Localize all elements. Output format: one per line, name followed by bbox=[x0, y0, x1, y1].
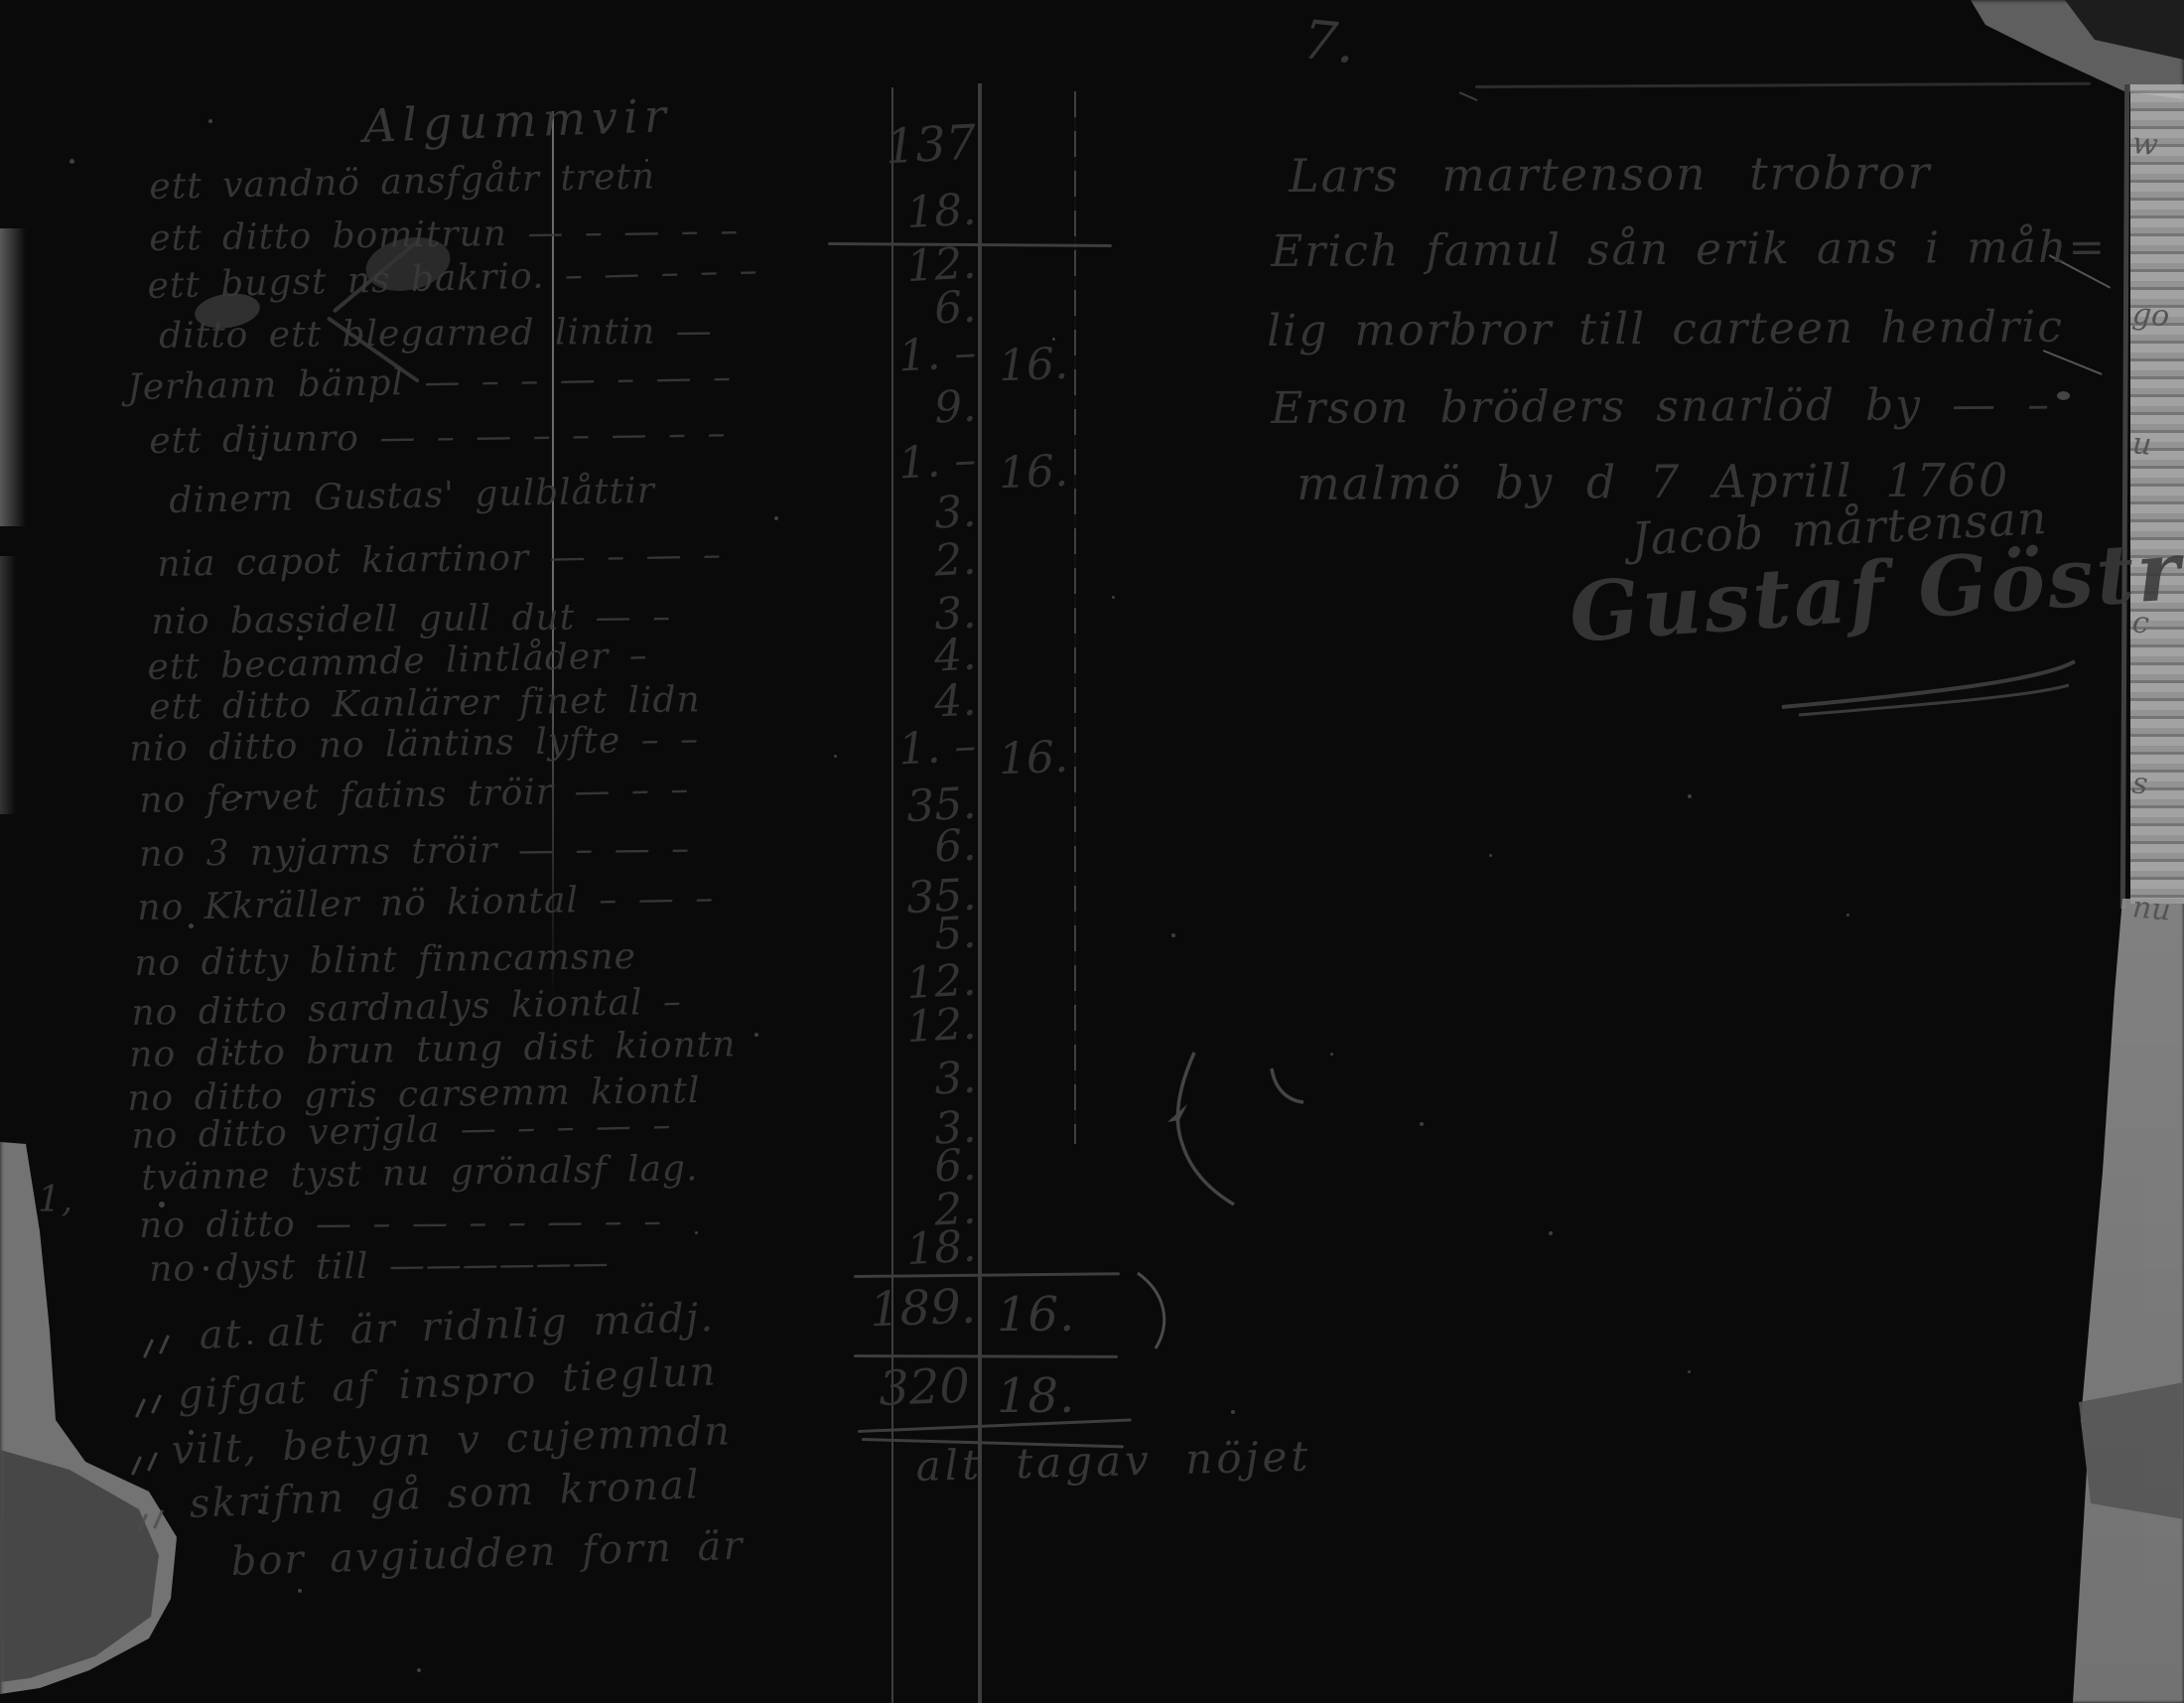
amount-value: 1. – bbox=[852, 721, 977, 778]
amount-value: 18. bbox=[852, 185, 977, 241]
ink-speck bbox=[1052, 338, 1055, 341]
amount-value: 12. bbox=[852, 999, 977, 1056]
amount-value: 18. bbox=[852, 1221, 977, 1278]
ink-speck bbox=[159, 1202, 165, 1207]
amount-value: 9. bbox=[852, 381, 977, 438]
ink-speck bbox=[248, 1341, 252, 1345]
ink-speck bbox=[228, 1053, 232, 1057]
ink-speck bbox=[1549, 1231, 1553, 1235]
ink-speck bbox=[417, 1668, 421, 1672]
amount-value: 137 bbox=[852, 115, 978, 177]
left-edge-streak-upper bbox=[0, 228, 26, 526]
subtotal-sub: 16. bbox=[997, 1287, 1075, 1343]
manuscript-line: ett dijunro — – — – – — – – bbox=[149, 413, 727, 462]
manuscript-line: no ditto — – — – – — – – bbox=[139, 1201, 662, 1246]
right-margin-ink-dot bbox=[2057, 391, 2070, 400]
manuscript-line: ett ditto bomitrun — – — – – bbox=[149, 211, 739, 259]
amount-value: 1. – bbox=[852, 435, 977, 492]
right-page-line: Erson bröders snarlöd by — – bbox=[1271, 379, 2051, 434]
manuscript-line: no 3 nyjarns tröir — – — – bbox=[139, 828, 690, 875]
ink-speck bbox=[189, 1430, 194, 1435]
left-margin-mark: 1, bbox=[38, 1180, 73, 1220]
edge-fragment: s bbox=[2131, 766, 2149, 801]
ink-speck bbox=[298, 1589, 302, 1593]
ink-speck bbox=[1688, 1370, 1691, 1373]
right-page-line: lig morbror till carteen hendric bbox=[1267, 302, 2064, 356]
ink-speck bbox=[189, 923, 194, 928]
ink-speck bbox=[1420, 1122, 1424, 1126]
ink-speck bbox=[298, 636, 303, 640]
ink-speck bbox=[834, 755, 837, 758]
amount-value: 6. bbox=[852, 820, 977, 877]
ink-speck bbox=[1330, 1053, 1333, 1056]
ink-speck bbox=[1846, 914, 1849, 917]
ink-speck bbox=[1688, 794, 1692, 798]
ink-speck bbox=[695, 1231, 698, 1234]
ink-speck bbox=[1489, 854, 1492, 857]
ink-speck bbox=[1231, 1410, 1235, 1414]
ink-speck bbox=[204, 1266, 208, 1271]
manuscript-line: no dyst till —————— bbox=[149, 1243, 610, 1290]
edge-fragment: u bbox=[2131, 426, 2153, 463]
manuscript-line: no ditty blint finncamsne bbox=[134, 936, 636, 984]
amount-value: 2. bbox=[852, 534, 977, 591]
ink-speck bbox=[258, 457, 262, 461]
amount-value: 3. bbox=[852, 1053, 977, 1109]
ink-speck bbox=[1112, 596, 1115, 599]
corner-folio-mark: 7. bbox=[1299, 8, 1359, 75]
ink-speck bbox=[208, 119, 212, 123]
ink-speck bbox=[754, 1033, 758, 1037]
right-page-line: Erich famul sån erik ans i måh= bbox=[1271, 222, 2107, 277]
edge-fragment: w bbox=[2131, 126, 2160, 163]
grand-total-sub: 18. bbox=[997, 1368, 1075, 1424]
amount-sub-value: 16. bbox=[998, 446, 1069, 498]
amount-sub-value: 16. bbox=[998, 732, 1069, 784]
total-annotation: alt tagav nöjet bbox=[915, 1432, 1312, 1490]
edge-fragment: nu bbox=[2131, 890, 2173, 927]
amount-column-rule-right bbox=[1074, 91, 1076, 1144]
ink-speck bbox=[774, 516, 778, 520]
ink-speck bbox=[238, 794, 242, 798]
amount-sub-value: 16. bbox=[998, 339, 1069, 391]
manuscript-line: ditto ett blegarned lintin — bbox=[159, 311, 713, 356]
grand-total-main: 320 bbox=[846, 1358, 971, 1418]
ink-speck bbox=[1171, 933, 1175, 937]
manuscript-scan: Algummvir 7. 1, ett vandnö ansfgåtr tret… bbox=[0, 0, 2184, 1703]
page-heading: Algummvir bbox=[362, 88, 673, 153]
ink-speck bbox=[258, 1509, 262, 1513]
ink-speck bbox=[645, 159, 648, 162]
edge-fragment: go bbox=[2131, 296, 2171, 334]
ink-speck bbox=[69, 159, 74, 164]
amount-value: 1. – bbox=[852, 328, 977, 384]
left-edge-streak-lower bbox=[0, 556, 16, 814]
subtotal-main: 189. bbox=[852, 1279, 977, 1339]
right-page-line: Lars martenson trobror bbox=[1289, 146, 1932, 203]
